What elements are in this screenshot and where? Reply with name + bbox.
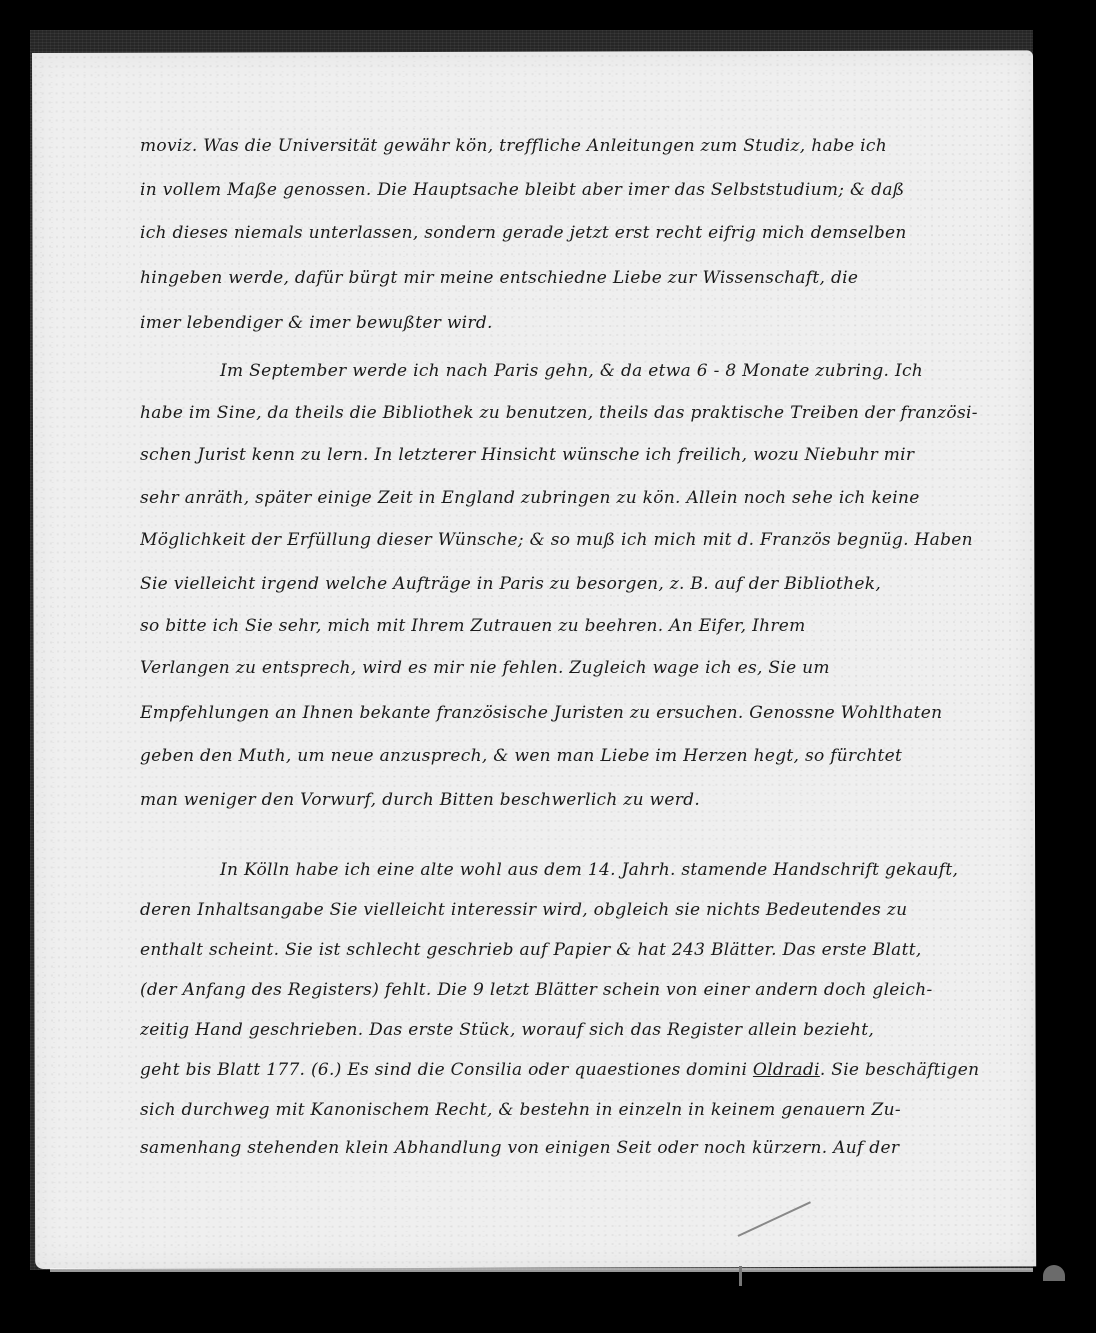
text-line: moviz. Was die Universität gewähr kön, t… xyxy=(140,136,1020,156)
text-line: zeitig Hand geschrieben. Das erste Stück… xyxy=(140,1020,1020,1040)
text-line: schen Jurist kenn zu lern. In letzterer … xyxy=(140,445,1020,465)
text-line: Verlangen zu entsprech, wird es mir nie … xyxy=(140,658,1020,678)
text-line: Sie vielleicht irgend welche Aufträge in… xyxy=(140,574,1020,594)
text-line: enthalt scheint. Sie ist schlecht geschr… xyxy=(140,940,1020,960)
text-line: (der Anfang des Registers) fehlt. Die 9 … xyxy=(140,980,1020,1000)
text-line: sehr anräth, später einige Zeit in Engla… xyxy=(140,488,1020,508)
text-line: in vollem Maße genossen. Die Hauptsache … xyxy=(140,180,1020,200)
page-corner-curl xyxy=(1043,1265,1065,1281)
text-line: hingeben werde, dafür bürgt mir meine en… xyxy=(140,268,1020,288)
underlined-name: Oldradi xyxy=(753,1060,820,1080)
text-line: samenhang stehenden klein Abhandlung von… xyxy=(140,1138,1020,1158)
text-line: geht bis Blatt 177. (6.) Es sind die Con… xyxy=(140,1060,1020,1080)
text-line: ich dieses niemals unterlassen, sondern … xyxy=(140,223,1020,243)
text-line: sich durchweg mit Kanonischem Recht, & b… xyxy=(140,1100,1020,1120)
text-line: deren Inhaltsangabe Sie vielleicht inter… xyxy=(140,900,1020,920)
text-line: man weniger den Vorwurf, durch Bitten be… xyxy=(140,790,1020,810)
text-line: Im September werde ich nach Paris gehn, … xyxy=(140,361,1020,381)
text-line: imer lebendiger & imer bewußter wird. xyxy=(140,313,1020,333)
text-line: so bitte ich Sie sehr, mich mit Ihrem Zu… xyxy=(140,616,1020,636)
text-line: habe im Sine, da theils die Bibliothek z… xyxy=(140,403,1020,423)
page-bottom-edge xyxy=(50,1268,1033,1272)
pencil-mark-stem xyxy=(739,1266,742,1286)
text-line: geben den Muth, um neue anzusprech, & we… xyxy=(140,746,1020,766)
text-line: Möglichkeit der Erfüllung dieser Wünsche… xyxy=(140,530,1020,550)
text-line: In Kölln habe ich eine alte wohl aus dem… xyxy=(140,860,1020,880)
text-line: Empfehlungen an Ihnen bekante französisc… xyxy=(140,703,1020,723)
